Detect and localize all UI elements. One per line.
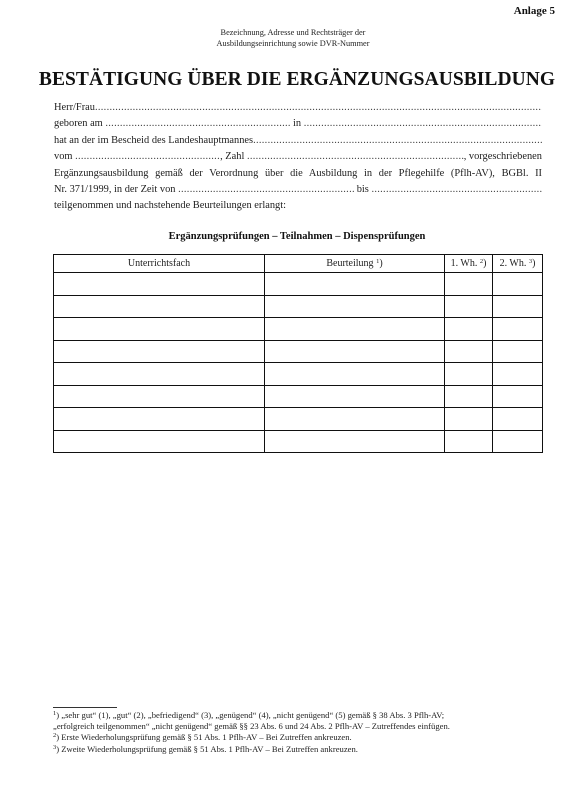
- name-label: Herr/Frau: [54, 101, 95, 115]
- cell-second-retake[interactable]: [493, 430, 543, 453]
- table-row: [54, 430, 543, 453]
- regulation-line: Ergänzungsausbildung gemäß der Verordnun…: [54, 167, 542, 181]
- table-section-title: Ergänzungsprüfungen – Teilnahmen – Dispe…: [0, 231, 567, 242]
- column-header-label: 2. Wh.: [500, 258, 529, 269]
- cell-grade[interactable]: [265, 363, 445, 386]
- table-row: [54, 408, 543, 431]
- table-row: [54, 340, 543, 363]
- footnote-ref-paren: ): [532, 258, 535, 269]
- cell-grade[interactable]: [265, 408, 445, 431]
- cell-subject[interactable]: [54, 340, 265, 363]
- footnote: 2) Erste Wiederholungsprüfung gemäß § 51…: [53, 732, 553, 743]
- column-header-second-retake: 2. Wh. 3): [493, 255, 543, 273]
- table-row: [54, 295, 543, 318]
- from-label: vom: [54, 150, 72, 164]
- cell-first-retake[interactable]: [445, 295, 493, 318]
- cell-grade[interactable]: [265, 340, 445, 363]
- cell-subject[interactable]: [54, 273, 265, 296]
- table-row: [54, 385, 543, 408]
- birth-place-field[interactable]: [304, 117, 542, 131]
- column-header-label: Unterrichtsfach: [128, 258, 190, 269]
- cell-second-retake[interactable]: [493, 340, 543, 363]
- grades-table: UnterrichtsfachBeurteilung 1)1. Wh. 2)2.…: [53, 254, 543, 453]
- cell-subject[interactable]: [54, 385, 265, 408]
- column-header-label: Beurteilung: [326, 258, 376, 269]
- cell-second-retake[interactable]: [493, 408, 543, 431]
- decree-line: hat an der im Bescheid des Landeshauptma…: [54, 134, 542, 148]
- cell-first-retake[interactable]: [445, 430, 493, 453]
- table-row: [54, 273, 543, 296]
- name-field[interactable]: [95, 101, 542, 115]
- cell-first-retake[interactable]: [445, 340, 493, 363]
- footnote-text: ) „sehr gut“ (1), „gut“ (2), „befriedige…: [56, 710, 444, 720]
- column-header-grade: Beurteilung 1): [265, 255, 445, 273]
- born-label: geboren am: [54, 117, 103, 131]
- footnote: „erfolgreich teilgenommen“ „nicht genüge…: [53, 721, 553, 732]
- document-title: BESTÄTIGUNG ÜBER DIE ERGÄNZUNGSAUSBILDUN…: [0, 69, 567, 91]
- cell-second-retake[interactable]: [493, 295, 543, 318]
- column-header-first-retake: 1. Wh. 2): [445, 255, 493, 273]
- footnote: 1) „sehr gut“ (1), „gut“ (2), „befriedig…: [53, 710, 553, 721]
- cell-first-retake[interactable]: [445, 318, 493, 341]
- issuer-note: Bezeichnung, Adresse und Rechtsträger de…: [0, 28, 567, 49]
- name-line: Herr/Frau: [54, 101, 542, 115]
- cell-grade[interactable]: [265, 318, 445, 341]
- period-from-field[interactable]: [178, 183, 354, 197]
- period-until-field[interactable]: [371, 183, 542, 197]
- cell-first-retake[interactable]: [445, 363, 493, 386]
- cell-grade[interactable]: [265, 430, 445, 453]
- until-label: bis: [357, 183, 369, 197]
- decree-number-field[interactable]: [247, 150, 464, 164]
- footnote-text: ) Zweite Wiederholungsprüfung gemäß § 51…: [56, 744, 358, 754]
- cell-subject[interactable]: [54, 430, 265, 453]
- cell-subject[interactable]: [54, 295, 265, 318]
- cell-second-retake[interactable]: [493, 363, 543, 386]
- footnote: 3) Zweite Wiederholungsprüfung gemäß § 5…: [53, 744, 553, 755]
- cell-grade[interactable]: [265, 385, 445, 408]
- cell-second-retake[interactable]: [493, 318, 543, 341]
- footnote-text: „erfolgreich teilgenommen“ „nicht genüge…: [53, 721, 450, 731]
- issuer-note-line2: Ausbildungseinrichtung sowie DVR-Nummer: [0, 39, 567, 50]
- decree-field[interactable]: [253, 134, 542, 148]
- issuer-note-line1: Bezeichnung, Adresse und Rechtsträger de…: [0, 28, 567, 39]
- cell-grade[interactable]: [265, 295, 445, 318]
- date-number-line: vom , Zahl , vorgeschriebenen: [54, 150, 542, 164]
- decree-date-field[interactable]: [75, 150, 220, 164]
- column-header-subject: Unterrichtsfach: [54, 255, 265, 273]
- footnote-ref-paren: ): [379, 258, 382, 269]
- number-label: , Zahl: [220, 150, 244, 164]
- table-row: [54, 318, 543, 341]
- cell-second-retake[interactable]: [493, 385, 543, 408]
- period-line: Nr. 371/1999, in der Zeit von bis: [54, 183, 542, 197]
- cell-subject[interactable]: [54, 408, 265, 431]
- cell-subject[interactable]: [54, 363, 265, 386]
- footnote-text: ) Erste Wiederholungsprüfung gemäß § 51 …: [56, 732, 351, 742]
- footnotes: 1) „sehr gut“ (1), „gut“ (2), „befriedig…: [53, 710, 553, 755]
- footnote-divider: [53, 707, 117, 708]
- decree-label: hat an der im Bescheid des Landeshauptma…: [54, 134, 253, 148]
- table-header-row: UnterrichtsfachBeurteilung 1)1. Wh. 2)2.…: [54, 255, 543, 273]
- table-body: [54, 273, 543, 453]
- column-header-label: 1. Wh.: [451, 258, 480, 269]
- annex-label: Anlage 5: [514, 5, 555, 17]
- birth-date-field[interactable]: [105, 117, 290, 131]
- prescribed-label: , vorgeschriebenen: [464, 150, 542, 164]
- born-in-label: in: [293, 117, 301, 131]
- footnote-ref-paren: ): [483, 258, 486, 269]
- period-label: Nr. 371/1999, in der Zeit von: [54, 183, 176, 197]
- cell-grade[interactable]: [265, 273, 445, 296]
- cell-first-retake[interactable]: [445, 273, 493, 296]
- cell-first-retake[interactable]: [445, 408, 493, 431]
- cell-second-retake[interactable]: [493, 273, 543, 296]
- outcome-line: teilgenommen und nachstehende Beurteilun…: [54, 199, 542, 213]
- birth-line: geboren am in: [54, 117, 542, 131]
- cell-subject[interactable]: [54, 318, 265, 341]
- table-row: [54, 363, 543, 386]
- cell-first-retake[interactable]: [445, 385, 493, 408]
